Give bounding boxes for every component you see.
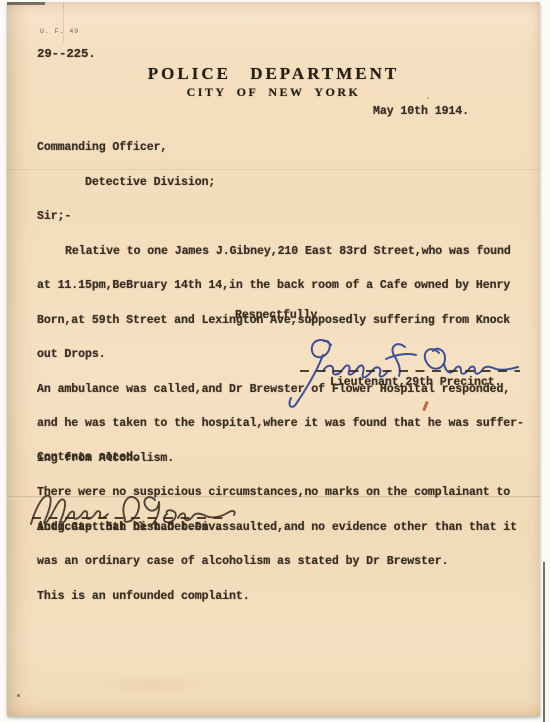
body-line: and he was taken to the hospital,where i… [37, 418, 524, 430]
body-line: at 11.15pm,BeBruary 14th 14,in the back … [37, 280, 524, 292]
paper-stain [97, 674, 207, 696]
paper-speck [17, 694, 20, 697]
valediction: Respectfully [235, 310, 317, 322]
letter-sheet: U. F. 49 29--225. POLICE DEPARTMENT CITY… [7, 2, 540, 716]
approver-title: Actg.Capt.5th Dist.Det.Div. [37, 522, 222, 534]
addressee-line: Commanding Officer, [37, 142, 524, 154]
top-crease [63, 2, 64, 42]
letterhead-city: CITY OF NEW YORK [7, 85, 540, 100]
contents-noted: Contents noted. [37, 452, 140, 464]
greeting: Sir;- [37, 211, 524, 223]
letter-date: May 10th 1914. [373, 106, 469, 118]
signature-rule [32, 517, 227, 519]
scan-edge-line [543, 562, 545, 722]
addressee-line: Detective Division; [37, 177, 524, 189]
scan-edge-smudge [7, 2, 45, 5]
body-line: Relative to one James J.Gibney,210 East … [37, 246, 524, 258]
signature-rule [300, 370, 520, 372]
letterhead-org: POLICE DEPARTMENT [7, 64, 540, 84]
officer-signature [287, 333, 525, 413]
form-number: U. F. 49 [40, 28, 79, 35]
file-number: 29--225. [37, 49, 96, 61]
officer-title: Lieutenant,29th Precinct. [330, 377, 501, 389]
body-line: was an ordinary case of alcoholism as st… [37, 556, 524, 568]
body-line: This is an unfounded complaint. [37, 591, 524, 603]
